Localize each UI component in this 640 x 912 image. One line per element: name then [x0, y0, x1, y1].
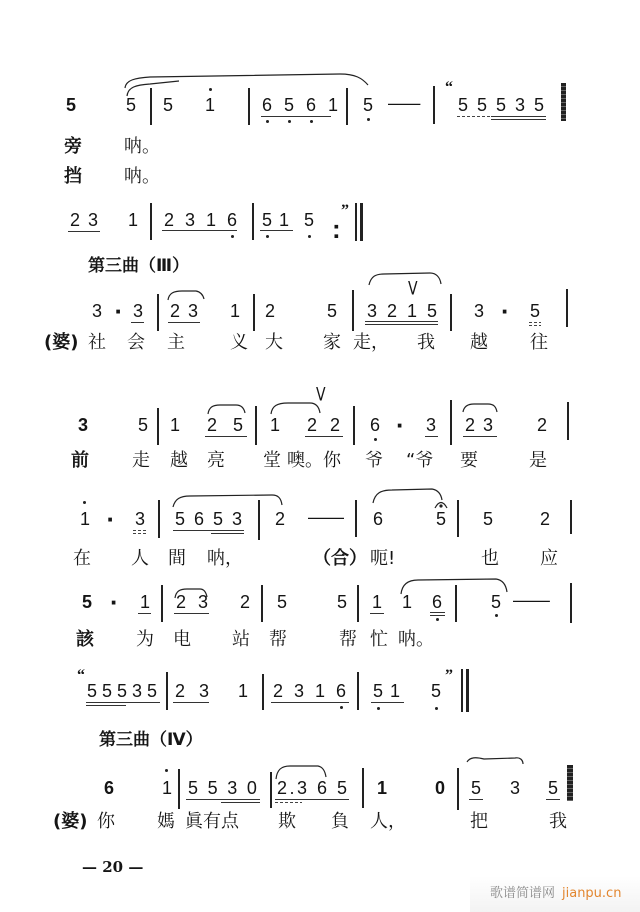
note: 2: [240, 592, 250, 612]
lyric: 社: [88, 332, 106, 354]
slur: [125, 74, 368, 88]
octave-dot-below: [308, 235, 311, 238]
beam-line: [365, 324, 438, 325]
octave-dot-below: [310, 120, 313, 123]
slur: [463, 404, 497, 412]
beam-line: [305, 436, 343, 437]
barline: [567, 402, 569, 440]
note-group: 5 1: [262, 210, 290, 230]
beam-line: [370, 613, 384, 614]
barline: [270, 772, 272, 808]
barline: [353, 406, 355, 445]
barline: [178, 769, 180, 809]
note-group: 5 5 5 3 5: [87, 681, 157, 701]
slur: [271, 403, 320, 414]
slur: [127, 81, 179, 96]
repeat-quote-open: “: [77, 668, 85, 684]
octave-dot-below: [377, 707, 380, 710]
lyric: 人，: [370, 811, 406, 833]
note: 5: [126, 95, 136, 115]
beam-line: [68, 231, 100, 232]
octave-dot-below: [340, 706, 343, 709]
barline: [157, 408, 159, 445]
note: 1: [372, 592, 382, 612]
note: 5: [163, 95, 173, 115]
lyric: 呐，: [207, 548, 243, 570]
lyric: 爷: [365, 450, 383, 472]
barline: [161, 585, 163, 622]
note: 1: [140, 592, 150, 612]
octave-dot-below: [495, 614, 498, 617]
beam-line: [529, 325, 541, 326]
note: 6: [370, 415, 380, 435]
note: 2: [265, 301, 275, 321]
note: 6: [104, 778, 114, 798]
lyric: 电: [173, 629, 191, 651]
double-barline-thick: [466, 669, 469, 712]
octave-dot-below: [288, 120, 291, 123]
lyric: 帮: [339, 629, 357, 651]
beam-line: [463, 436, 497, 437]
lyric: 越: [170, 450, 188, 472]
note: 6: [432, 592, 442, 612]
lyric: 噢。你: [287, 450, 341, 472]
note: 1: [402, 592, 412, 612]
beam-line: [86, 705, 126, 706]
note: 3: [474, 301, 484, 321]
beam-line: [275, 799, 349, 800]
note: 5: [436, 509, 446, 529]
beam-line: [173, 530, 244, 531]
note-group: 3 2 1 5: [367, 301, 440, 321]
note: 5: [138, 415, 148, 435]
beam-line: [529, 322, 541, 323]
beam-line: [425, 436, 438, 437]
note: 5: [337, 592, 347, 612]
slur: [208, 405, 245, 414]
section-title: 第三曲（Ⅳ）: [99, 730, 203, 750]
octave-dot-below: [436, 618, 439, 621]
lyric: 你: [97, 811, 115, 833]
note: 5: [66, 95, 76, 115]
section-title: 第三曲（Ⅲ）: [88, 256, 189, 276]
note-group: 2.3 6 5: [277, 778, 350, 798]
beam-line: [275, 802, 302, 803]
lyric: 往: [530, 332, 548, 354]
breath-mark: V: [408, 279, 418, 300]
beam-line: [133, 533, 146, 534]
beam-line: [430, 615, 445, 616]
note: 5: [471, 778, 481, 798]
lyric: 家: [323, 332, 341, 354]
barline: [455, 585, 457, 622]
note: 3: [135, 509, 145, 529]
beam-line: [138, 613, 151, 614]
role-marker: （合）: [313, 548, 367, 570]
barline: [352, 290, 354, 331]
lyric: 是: [529, 450, 547, 472]
note-group: 5 5 3 0: [188, 778, 259, 798]
beam-line: [546, 799, 560, 800]
lyric: 人: [131, 548, 149, 570]
note: 5: [327, 301, 337, 321]
note-group: 2 5: [207, 415, 249, 435]
lyric: 堂: [263, 450, 281, 472]
note: 2: [537, 415, 547, 435]
octave-dot-above: [209, 88, 212, 91]
lyric: 媽: [157, 811, 175, 833]
note-group: 2 3: [175, 681, 214, 701]
lyric: 把: [470, 811, 488, 833]
lyric: 我: [549, 811, 567, 833]
barline: [258, 500, 260, 540]
barline: [355, 500, 357, 537]
rest: 0: [435, 778, 445, 798]
beam-line: [174, 613, 209, 614]
lyric: 眞有点: [185, 811, 239, 833]
barline: [150, 88, 152, 125]
beam-line: [131, 322, 144, 323]
role-marker: (婆): [53, 811, 87, 833]
lyric: 义: [230, 332, 248, 354]
beam-line: [469, 799, 483, 800]
lyric: 要: [460, 450, 478, 472]
lyric: 站: [232, 629, 250, 651]
lyric: 大: [265, 332, 283, 354]
barline: [166, 672, 168, 710]
repeat-colon: :: [332, 216, 341, 242]
beam-line: [371, 702, 404, 703]
repeat-quote-close: ”: [445, 668, 453, 684]
beam-line: [173, 702, 209, 703]
note: 3: [133, 301, 143, 321]
barline: [261, 585, 263, 622]
fermata-icon: [435, 503, 447, 509]
note: 5: [431, 681, 441, 701]
extension-dash: —: [388, 93, 420, 113]
note: 5: [277, 592, 287, 612]
barline: [457, 768, 459, 810]
octave-dot-above: [83, 501, 86, 504]
augmentation-dot: ·: [110, 592, 119, 612]
beam-line: [221, 802, 260, 803]
watermark: 歌谱简谱网 jianpu.cn: [470, 876, 640, 912]
note: 1: [170, 415, 180, 435]
beam-line: [205, 436, 247, 437]
note: 5: [548, 778, 558, 798]
fermata-dot: [439, 504, 442, 507]
barline: [450, 400, 452, 445]
lyric: 也: [481, 548, 499, 570]
note: 2: [540, 509, 550, 529]
barline: [570, 500, 572, 534]
octave-dot-below: [266, 120, 269, 123]
lyric: 呃!: [370, 548, 395, 570]
note: 5: [304, 210, 314, 230]
lyric: 負: [331, 811, 349, 833]
lyric: 我: [417, 332, 435, 354]
beam-line: [430, 612, 445, 613]
slur: [173, 495, 282, 507]
barline: [262, 674, 264, 710]
octave-dot-below: [435, 707, 438, 710]
beam-line: [491, 116, 546, 117]
lyric: 亮: [207, 450, 225, 472]
augmentation-dot: ·: [501, 301, 510, 321]
note: 1: [238, 681, 248, 701]
repeat-quote-open: “: [445, 80, 453, 96]
note-group: 2 3: [465, 415, 495, 435]
barline: [157, 294, 159, 331]
slur: [373, 489, 442, 503]
note: 2: [275, 509, 285, 529]
note: 5: [530, 301, 540, 321]
beam-line: [261, 116, 331, 117]
octave-dot-below: [266, 235, 269, 238]
note-group: 6 5 6 1: [262, 95, 342, 115]
beam-line: [491, 119, 546, 120]
octave-dot-below: [374, 438, 377, 441]
beam-line: [133, 530, 146, 531]
note: 5: [491, 592, 501, 612]
beam-line: [211, 533, 244, 534]
beam-line: [365, 321, 438, 322]
double-barline-thin: [461, 669, 463, 712]
note: 1: [377, 778, 387, 798]
lyric: 会: [127, 332, 145, 354]
beam-line: [457, 116, 491, 117]
lyric: 呐。: [124, 166, 160, 188]
barline: [450, 294, 452, 331]
note: 1: [162, 778, 172, 798]
note: 1: [270, 415, 280, 435]
double-barline-thin: [355, 203, 357, 241]
lyric: 間: [168, 548, 186, 570]
augmentation-dot: ·: [396, 415, 405, 435]
octave-dot-below: [231, 235, 234, 238]
note-group: 5 5 5 3 5: [458, 95, 546, 115]
extension-dash: —: [513, 590, 550, 610]
lyric: 走: [132, 450, 150, 472]
note-group: 2 3: [70, 210, 100, 230]
lyric: 前: [71, 450, 89, 472]
note: 1: [230, 301, 240, 321]
lyric: 主: [167, 332, 185, 354]
beam-line: [86, 702, 160, 703]
note: 1: [205, 95, 215, 115]
note-group: 2 3: [170, 301, 200, 321]
note-group: 2 3 1 6: [273, 681, 349, 701]
barline: [150, 203, 152, 240]
note: 3: [510, 778, 520, 798]
slur: [168, 291, 204, 300]
octave-dot-below: [367, 118, 370, 121]
note: 1: [80, 509, 90, 529]
repeat-quote-close: ”: [341, 203, 349, 219]
extension-dash: —: [308, 507, 344, 527]
barline: [248, 88, 250, 125]
note-group: 5 1: [373, 681, 401, 701]
augmentation-dot: ·: [115, 301, 124, 321]
octave-dot-above: [165, 769, 168, 772]
note-group: 2 3 1 6: [164, 210, 240, 230]
lyric: 旁: [64, 136, 82, 158]
note: 5: [82, 592, 92, 612]
lyric: 在: [73, 548, 91, 570]
lyric: 挡: [64, 166, 82, 188]
page-number: — 20 —: [82, 858, 143, 876]
note: 6: [373, 509, 383, 529]
barline: [346, 88, 348, 125]
lyric: 越: [470, 332, 488, 354]
augmentation-dot: ·: [107, 509, 116, 529]
beam-line: [162, 230, 237, 231]
slur: [467, 758, 523, 764]
lyric: 为: [136, 629, 154, 651]
barline: [566, 289, 568, 327]
barline: [570, 583, 572, 623]
beam-line: [260, 230, 293, 231]
note: 1: [128, 210, 138, 230]
barline: [433, 86, 435, 124]
lyric: 呐。: [398, 629, 434, 651]
note-group: 2 2: [307, 415, 344, 435]
barline: [252, 203, 254, 240]
lyric: 呐。: [124, 136, 160, 158]
note: 3: [78, 415, 88, 435]
watermark-site-en: jianpu.cn: [562, 886, 621, 902]
double-barline-thick: [360, 203, 363, 241]
beam-line: [168, 322, 200, 323]
barline: [255, 406, 257, 445]
lyric: 欺: [278, 811, 296, 833]
breath-mark: V: [316, 385, 326, 406]
barline: [357, 672, 359, 710]
note: 3: [92, 301, 102, 321]
end-barline: [561, 83, 566, 121]
barline: [158, 500, 160, 538]
beam-line: [271, 702, 349, 703]
lyric: 帮: [269, 629, 287, 651]
barline: [357, 585, 359, 622]
note-group: 2 3: [176, 592, 212, 612]
barline: [457, 500, 459, 537]
lyric: “爷: [406, 450, 433, 472]
lyric: 应: [540, 548, 558, 570]
note: 3: [426, 415, 436, 435]
end-barline: [567, 765, 573, 801]
lyric: 忙: [370, 629, 388, 651]
lyric: 走，: [353, 332, 389, 354]
lyric: 該: [76, 629, 94, 651]
slur: [369, 273, 441, 285]
barline: [362, 768, 364, 808]
barline: [253, 294, 255, 331]
note: 5: [483, 509, 493, 529]
beam-line: [186, 799, 260, 800]
score-page: 5 5 5 1 6 5 6 1 5 — “ 5 5 5 3 5 旁 呐。 挡 呐…: [0, 0, 640, 912]
watermark-site-cn: 歌谱简谱网: [490, 886, 555, 902]
note: 5: [363, 95, 373, 115]
role-marker: (婆): [44, 332, 78, 354]
note-group: 5 6 5 3: [175, 509, 244, 529]
